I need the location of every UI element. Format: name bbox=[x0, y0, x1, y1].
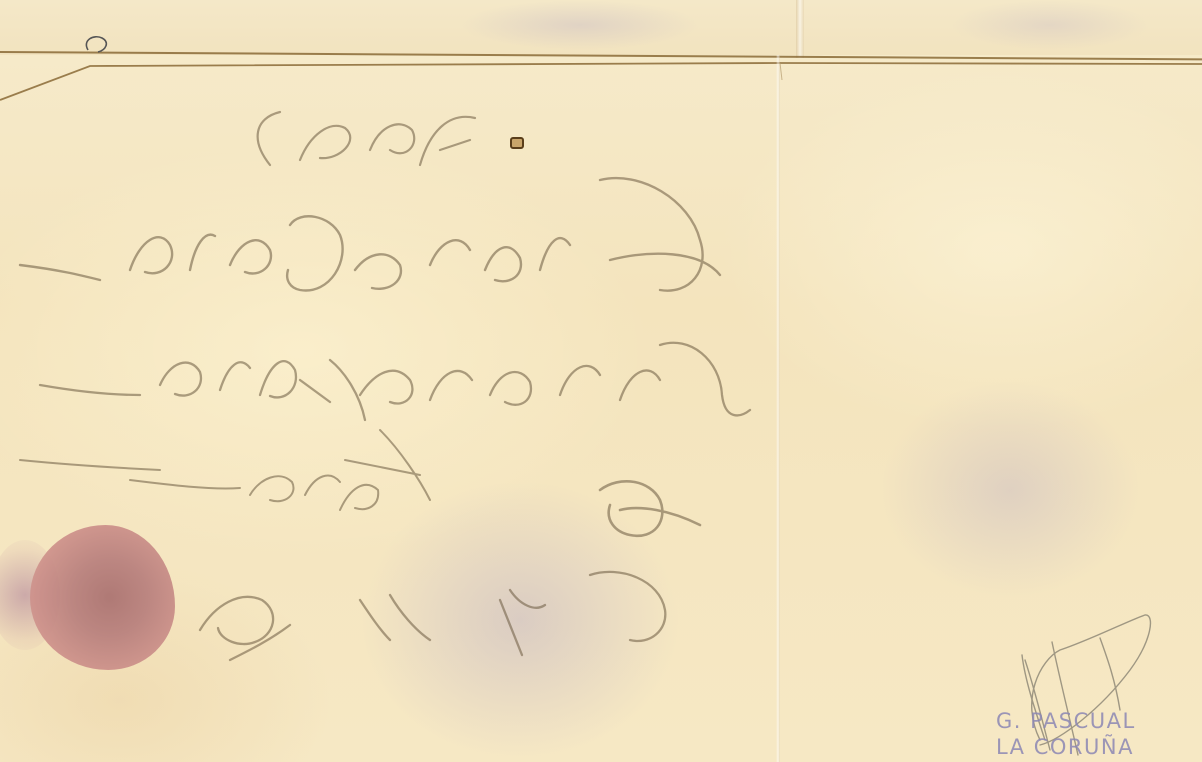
wax-seal bbox=[30, 525, 175, 670]
stamp-line-city: LA CORUÑA bbox=[996, 734, 1136, 760]
document-sheet: G. PASCUAL LA CORUÑA bbox=[0, 0, 1202, 762]
merchant-stamp: G. PASCUAL LA CORUÑA bbox=[996, 708, 1136, 760]
stamp-line-name: G. PASCUAL bbox=[996, 708, 1136, 734]
